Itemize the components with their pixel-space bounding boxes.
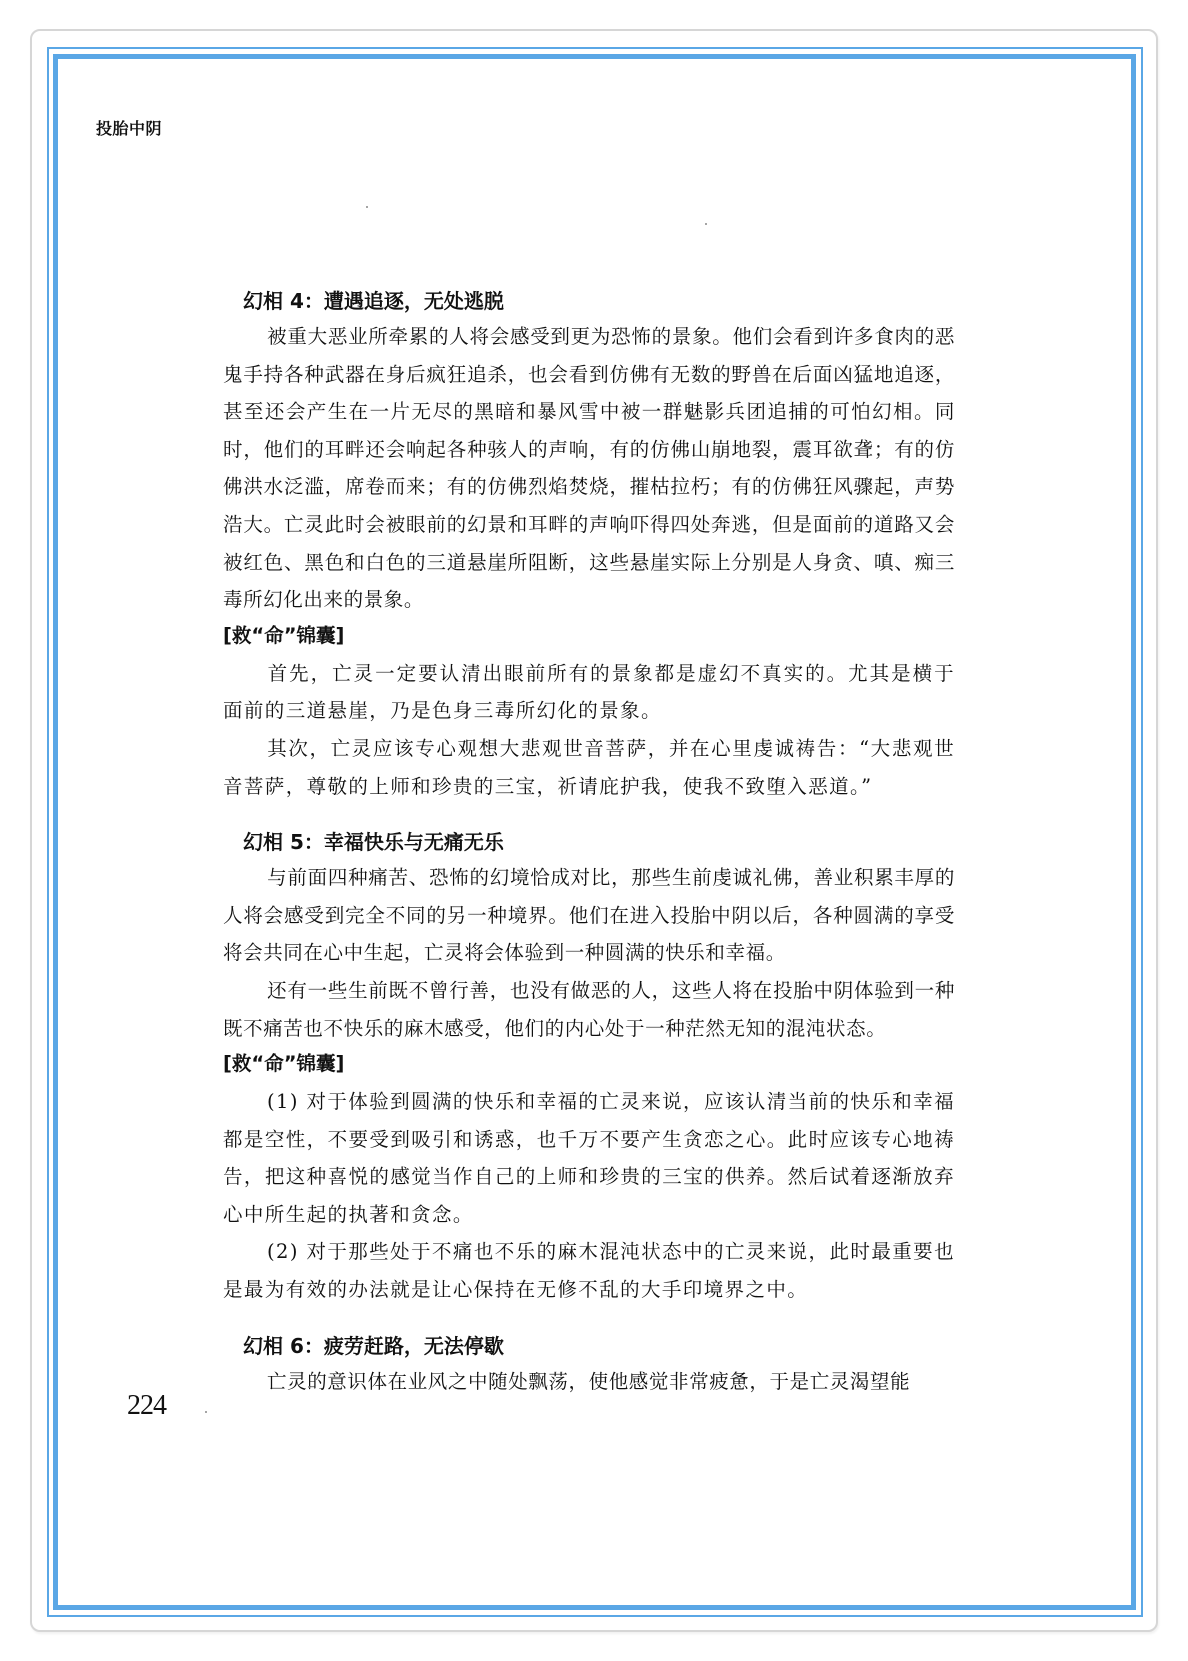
section-heading: 幻相 5：幸福快乐与无痛无乐 bbox=[243, 827, 955, 857]
scan-speck bbox=[205, 1411, 207, 1413]
body-text: 亡灵的意识体在业风之中随处飘荡，使他感觉非常疲惫，于是亡灵渴望能 bbox=[267, 1370, 910, 1393]
tip-paragraph: (1) 对于体验到圆满的快乐和幸福的亡灵来说，应该认清当前的快乐和幸福都是空性，… bbox=[223, 1083, 955, 1233]
section-illusion-6: 幻相 6：疲劳赶路，无法停歇 亡灵的意识体在业风之中随处飘荡，使他感觉非常疲惫，… bbox=[223, 1331, 955, 1401]
tip-text: (1) 对于体验到圆满的快乐和幸福的亡灵来说，应该认清当前的快乐和幸福都是空性，… bbox=[223, 1090, 955, 1226]
tip-paragraph: 其次，亡灵应该专心观想大悲观世音菩萨，并在心里虔诚祷告：“大悲观世音菩萨，尊敬的… bbox=[223, 730, 955, 805]
scan-speck bbox=[705, 223, 707, 225]
body-text: 被重大恶业所牵累的人将会感受到更为恐怖的景象。他们会看到许多食肉的恶鬼手持各种武… bbox=[223, 325, 955, 611]
body-text: 还有一些生前既不曾行善，也没有做恶的人，这些人将在投胎中阴体验到一种既不痛苦也不… bbox=[223, 979, 955, 1040]
tip-heading: [救“命”锦囊] bbox=[223, 619, 955, 653]
body-paragraph: 还有一些生前既不曾行善，也没有做恶的人，这些人将在投胎中阴体验到一种既不痛苦也不… bbox=[223, 972, 955, 1047]
tip-text: 其次，亡灵应该专心观想大悲观世音菩萨，并在心里虔诚祷告：“大悲观世音菩萨，尊敬的… bbox=[223, 737, 955, 798]
section-heading: 幻相 4：遭遇追逐，无处逃脱 bbox=[243, 286, 955, 316]
tip-text: (2) 对于那些处于不痛也不乐的麻木混沌状态中的亡灵来说，此时最重要也是最为有效… bbox=[223, 1240, 955, 1301]
tip-heading: [救“命”锦囊] bbox=[223, 1047, 955, 1081]
running-header: 投胎中阴 bbox=[96, 116, 162, 139]
scan-speck bbox=[658, 789, 660, 791]
scan-speck bbox=[366, 206, 368, 208]
body-paragraph: 与前面四种痛苦、恐怖的幻境恰成对比，那些生前虔诚礼佛，善业积累丰厚的人将会感受到… bbox=[223, 859, 955, 972]
body-paragraph: 亡灵的意识体在业风之中随处飘荡，使他感觉非常疲惫，于是亡灵渴望能 bbox=[223, 1363, 955, 1401]
page-number: 224 bbox=[127, 1390, 166, 1422]
section-heading: 幻相 6：疲劳赶路，无法停歇 bbox=[243, 1331, 955, 1361]
body-text: 与前面四种痛苦、恐怖的幻境恰成对比，那些生前虔诚礼佛，善业积累丰厚的人将会感受到… bbox=[223, 866, 955, 964]
section-illusion-5: 幻相 5：幸福快乐与无痛无乐 与前面四种痛苦、恐怖的幻境恰成对比，那些生前虔诚礼… bbox=[223, 827, 955, 1309]
tip-paragraph: (2) 对于那些处于不痛也不乐的麻木混沌状态中的亡灵来说，此时最重要也是最为有效… bbox=[223, 1233, 955, 1308]
tip-paragraph: 首先，亡灵一定要认清出眼前所有的景象都是虚幻不真实的。尤其是横于面前的三道悬崖，… bbox=[223, 655, 955, 730]
tip-text: 首先，亡灵一定要认清出眼前所有的景象都是虚幻不真实的。尤其是横于面前的三道悬崖，… bbox=[223, 662, 955, 723]
scan-speck bbox=[308, 1386, 310, 1388]
body-paragraph: 被重大恶业所牵累的人将会感受到更为恐怖的景象。他们会看到许多食肉的恶鬼手持各种武… bbox=[223, 318, 955, 619]
section-illusion-4: 幻相 4：遭遇追逐，无处逃脱 被重大恶业所牵累的人将会感受到更为恐怖的景象。他们… bbox=[223, 286, 955, 805]
page-content: 幻相 4：遭遇追逐，无处逃脱 被重大恶业所牵累的人将会感受到更为恐怖的景象。他们… bbox=[223, 286, 955, 1400]
